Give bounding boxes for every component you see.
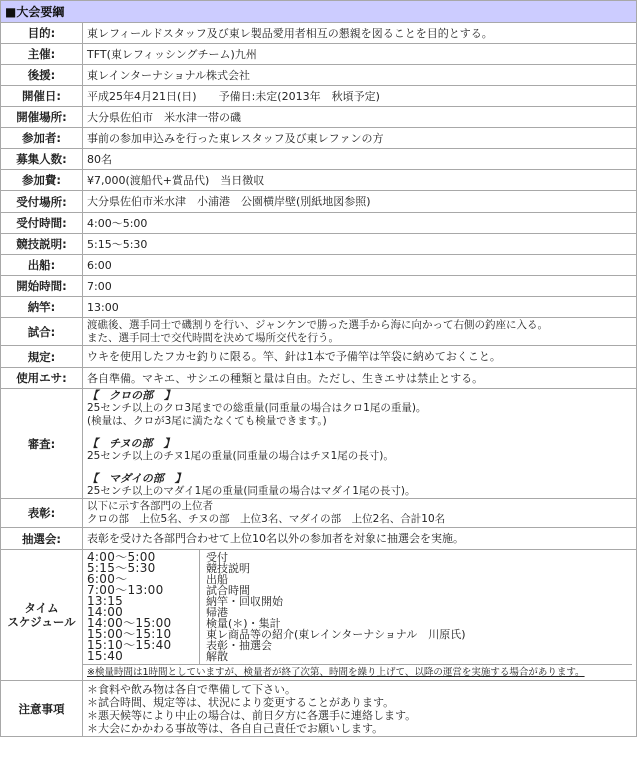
category-line: 25センチ以上のクロ3尾までの総重量(同重量の場合はクロ1尾の重量)。 [87, 402, 632, 415]
row-value: 4:00～5:00 [83, 213, 637, 234]
row-end-time: 納竿: 13:00 [1, 297, 637, 318]
schedule-label-line: スケジュール [5, 615, 78, 629]
row-label: 目的: [1, 23, 83, 44]
row-label: 参加費: [1, 170, 83, 191]
row-value: 大分県佐伯市 米水津一帯の磯 [83, 107, 637, 128]
row-label: 表彰: [1, 499, 83, 528]
schedule-activities: 受付 競技説明 出船 試合時間 納竿・回収開始 帰港 検量(＊)・集計 東レ商品… [200, 550, 633, 664]
section-header-row: ■大会要綱 [1, 1, 637, 23]
row-label: 試合: [1, 318, 83, 346]
row-label: 出船: [1, 255, 83, 276]
row-label: 受付場所: [1, 191, 83, 213]
schedule-activity: 表彰・抽選会 [206, 640, 632, 651]
row-label: 抽選会: [1, 528, 83, 550]
row-label: 開始時間: [1, 276, 83, 297]
row-label: 主催: [1, 44, 83, 65]
row-value: 5:15～5:30 [83, 234, 637, 255]
awards-line: クロの部 上位5名、チヌの部 上位3名、マダイの部 上位2名、合計10名 [87, 513, 632, 526]
note-line: ＊悪天候等により中止の場合は、前日夕方に各選手に連絡します。 [87, 709, 632, 722]
row-value: 13:00 [83, 297, 637, 318]
row-label: 納竿: [1, 297, 83, 318]
row-lottery: 抽選会: 表彰を受けた各部門合わせて上位10名以外の参加者を対象に抽選会を実施。 [1, 528, 637, 550]
row-value: 6:00 [83, 255, 637, 276]
match-line: 渡礁後、選手同士で磯割りを行い、ジャンケンで勝った選手から海に向かって右側の釣座… [87, 319, 632, 332]
row-organizer: 主催: TFT(東レフィッシングチーム)九州 [1, 44, 637, 65]
row-value: 各自準備。マキエ、サシエの種類と量は自由。ただし、生きエサは禁止とする。 [83, 368, 637, 389]
schedule-note: ※検量時間は1時間としていますが、検量者が終了次第、時間を繰り上げて、以降の運営… [83, 664, 632, 680]
judging-category-madai: 【 マダイの部 】 25センチ以上のマダイ1尾の重量(同重量の場合はマダイ1尾の… [87, 472, 632, 498]
row-venue: 開催場所: 大分県佐伯市 米水津一帯の磯 [1, 107, 637, 128]
row-label: 開催日: [1, 86, 83, 107]
row-capacity: 募集人数: 80名 [1, 149, 637, 170]
category-line: (検量は、クロが3尾に満たなくても検量できます。) [87, 415, 632, 428]
schedule-activity: 解散 [206, 651, 632, 662]
row-value: 7:00 [83, 276, 637, 297]
schedule-activity: 出船 [206, 574, 632, 585]
category-line: 25センチ以上のマダイ1尾の重量(同重量の場合はマダイ1尾の長寸)。 [87, 485, 632, 498]
note-line: ＊試合時間、規定等は、状況により変更することがあります。 [87, 696, 632, 709]
row-value: 4:00～5:00 5:15～5:30 6:00～ 7:00～13:00 13:… [83, 550, 637, 681]
row-value: TFT(東レフィッシングチーム)九州 [83, 44, 637, 65]
section-title: ■大会要綱 [1, 1, 637, 23]
row-label: 規定: [1, 346, 83, 368]
row-label: 募集人数: [1, 149, 83, 170]
row-start-time: 開始時間: 7:00 [1, 276, 637, 297]
row-value: 【 クロの部 】 25センチ以上のクロ3尾までの総重量(同重量の場合はクロ1尾の… [83, 389, 637, 499]
row-value: 表彰を受けた各部門合わせて上位10名以外の参加者を対象に抽選会を実施。 [83, 528, 637, 550]
tournament-outline-table: ■大会要綱 目的: 東レフィールドスタッフ及び東レ製品愛用者相互の懇親を図ること… [0, 0, 637, 737]
row-label: 参加者: [1, 128, 83, 149]
row-value: ウキを使用したフカセ釣りに限る。竿、針は1本で予備竿は竿袋に納めておくこと。 [83, 346, 637, 368]
row-match: 試合: 渡礁後、選手同士で磯割りを行い、ジャンケンで勝った選手から海に向かって右… [1, 318, 637, 346]
row-value: 渡礁後、選手同士で磯割りを行い、ジャンケンで勝った選手から海に向かって右側の釣座… [83, 318, 637, 346]
row-reception-place: 受付場所: 大分県佐伯市米水津 小浦港 公園横岸壁(別紙地図参照) [1, 191, 637, 213]
row-notes: 注意事項 ＊食料や飲み物は各自で準備して下さい。 ＊試合時間、規定等は、状況によ… [1, 681, 637, 737]
judging-category-kuro: 【 クロの部 】 25センチ以上のクロ3尾までの総重量(同重量の場合はクロ1尾の… [87, 389, 632, 428]
schedule-label-line: タイム [5, 601, 78, 615]
row-departure: 出船: 6:00 [1, 255, 637, 276]
schedule-time: 15:40 [87, 651, 195, 662]
row-judging: 審査: 【 クロの部 】 25センチ以上のクロ3尾までの総重量(同重量の場合はク… [1, 389, 637, 499]
row-label: 注意事項 [1, 681, 83, 737]
category-title: 【 マダイの部 】 [87, 472, 632, 485]
schedule-table: 4:00～5:00 5:15～5:30 6:00～ 7:00～13:00 13:… [87, 550, 632, 664]
row-value: 平成25年4月21日(日) 予備日:未定(2013年 秋頃予定) [83, 86, 637, 107]
row-schedule: タイム スケジュール 4:00～5:00 5:15～5:30 6:00～ 7:0… [1, 550, 637, 681]
row-fee: 参加費: ¥7,000(渡船代+賞品代) 当日徴収 [1, 170, 637, 191]
row-label: 競技説明: [1, 234, 83, 255]
match-line: また、選手同士で交代時間を決めて場所交代を行う。 [87, 332, 632, 345]
row-reception-time: 受付時間: 4:00～5:00 [1, 213, 637, 234]
row-label: タイム スケジュール [1, 550, 83, 681]
category-title: 【 チヌの部 】 [87, 437, 632, 450]
row-rules: 規定: ウキを使用したフカセ釣りに限る。竿、針は1本で予備竿は竿袋に納めておくこ… [1, 346, 637, 368]
row-value: 以下に示す各部門の上位者 クロの部 上位5名、チヌの部 上位3名、マダイの部 上… [83, 499, 637, 528]
category-title: 【 クロの部 】 [87, 389, 632, 402]
category-line: 25センチ以上のチヌ1尾の重量(同重量の場合はチヌ1尾の長寸)。 [87, 450, 632, 463]
row-label: 使用エサ: [1, 368, 83, 389]
row-value: ＊食料や飲み物は各自で準備して下さい。 ＊試合時間、規定等は、状況により変更する… [83, 681, 637, 737]
row-label: 開催場所: [1, 107, 83, 128]
row-label: 受付時間: [1, 213, 83, 234]
row-participants: 参加者: 事前の参加申込みを行った東レスタッフ及び東レファンの方 [1, 128, 637, 149]
schedule-activity: 競技説明 [206, 563, 632, 574]
row-briefing: 競技説明: 5:15～5:30 [1, 234, 637, 255]
note-line: ＊食料や飲み物は各自で準備して下さい。 [87, 683, 632, 696]
schedule-activity: 受付 [206, 552, 632, 563]
row-date: 開催日: 平成25年4月21日(日) 予備日:未定(2013年 秋頃予定) [1, 86, 637, 107]
judging-category-chinu: 【 チヌの部 】 25センチ以上のチヌ1尾の重量(同重量の場合はチヌ1尾の長寸)… [87, 437, 632, 463]
row-value: 事前の参加申込みを行った東レスタッフ及び東レファンの方 [83, 128, 637, 149]
awards-line: 以下に示す各部門の上位者 [87, 500, 632, 513]
row-value: 東レインターナショナル株式会社 [83, 65, 637, 86]
note-line: ＊大会にかかわる事故等は、各自自己責任でお願いします。 [87, 722, 632, 735]
row-value: 東レフィールドスタッフ及び東レ製品愛用者相互の懇親を図ることを目的とする。 [83, 23, 637, 44]
row-value: ¥7,000(渡船代+賞品代) 当日徴収 [83, 170, 637, 191]
row-label: 後援: [1, 65, 83, 86]
schedule-activity: 納竿・回収開始 [206, 596, 632, 607]
schedule-times: 4:00～5:00 5:15～5:30 6:00～ 7:00～13:00 13:… [87, 550, 200, 664]
row-awards: 表彰: 以下に示す各部門の上位者 クロの部 上位5名、チヌの部 上位3名、マダイ… [1, 499, 637, 528]
row-bait: 使用エサ: 各自準備。マキエ、サシエの種類と量は自由。ただし、生きエサは禁止とす… [1, 368, 637, 389]
row-purpose: 目的: 東レフィールドスタッフ及び東レ製品愛用者相互の懇親を図ることを目的とする… [1, 23, 637, 44]
row-sponsor: 後援: 東レインターナショナル株式会社 [1, 65, 637, 86]
row-label: 審査: [1, 389, 83, 499]
row-value: 80名 [83, 149, 637, 170]
row-value: 大分県佐伯市米水津 小浦港 公園横岸壁(別紙地図参照) [83, 191, 637, 213]
